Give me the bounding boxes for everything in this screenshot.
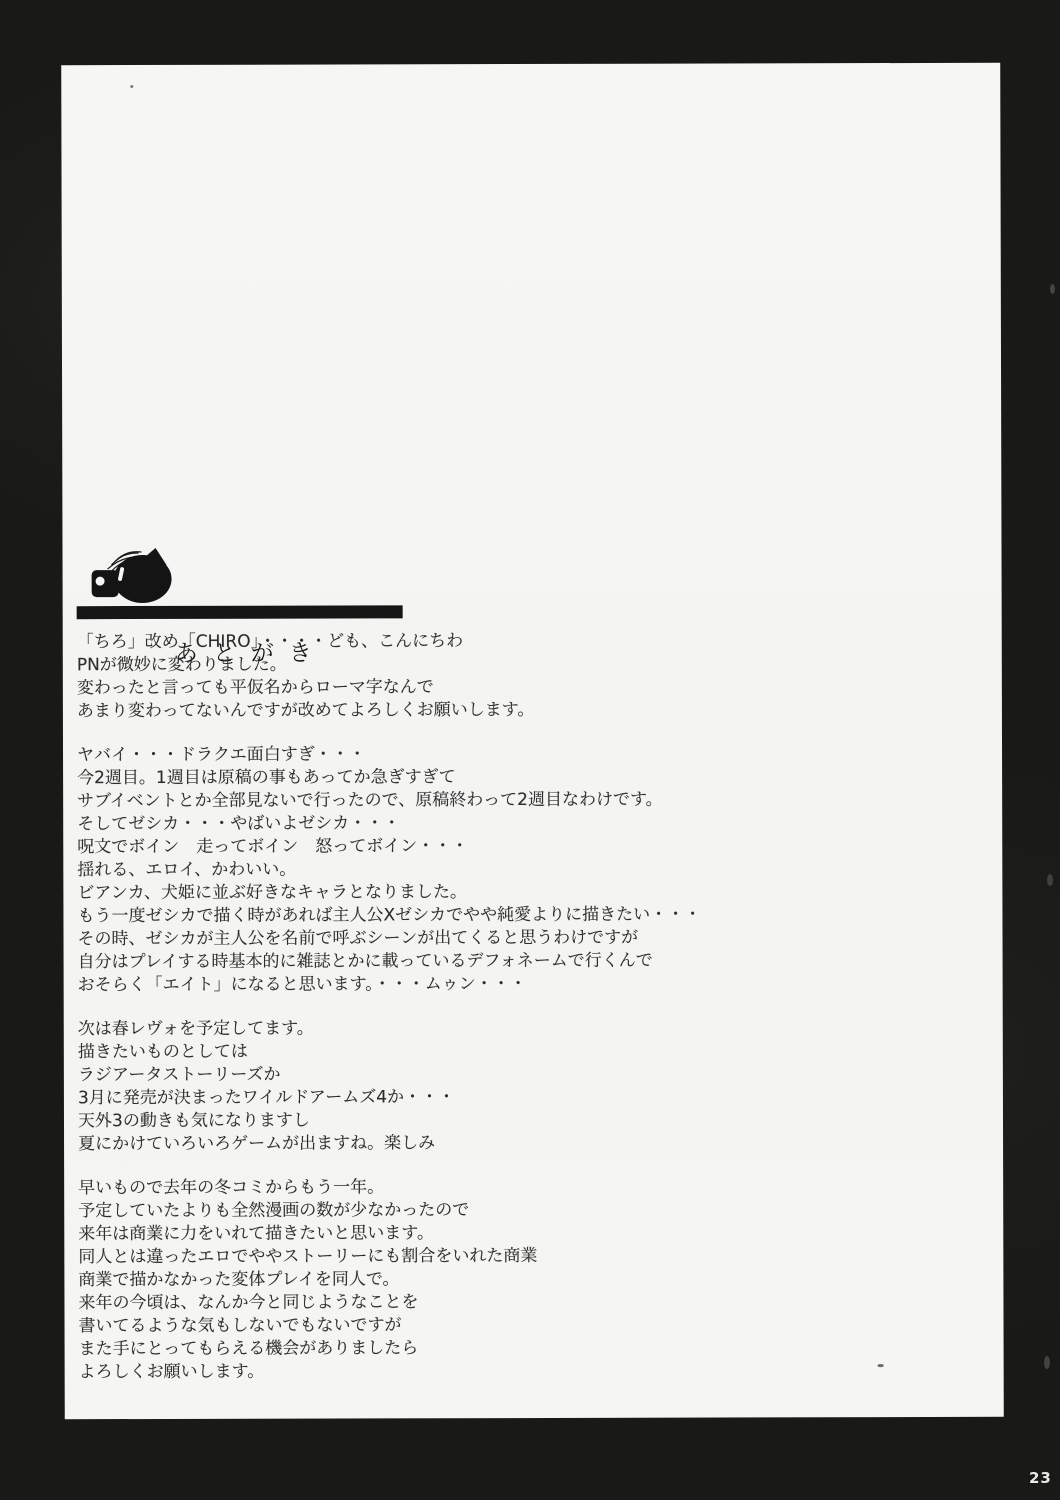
text-line: 変わったと言っても平仮名からローマ字なんで [77,675,837,700]
text-line: 天外3の動きも気になりますし [78,1108,838,1133]
text-line: 3月に発売が決まったワイルドアームズ4か・・・ [78,1085,838,1110]
text-line: 次は春レヴォを予定してます。 [78,1016,838,1041]
paragraph: 次は春レヴォを予定してます。描きたいものとしてはラジアータストーリーズか3月に発… [78,1016,838,1156]
text-line: そしてゼシカ・・・やばいよゼシカ・・・ [77,811,837,836]
text-line: 描きたいものとしては [78,1039,838,1064]
text-line: 「ちろ」改め「CHIRO」・・・・ども、こんにちわ [77,629,837,654]
text-line: 自分はプレイする時基本的に雑誌とかに載っているデフォネームで行くんで [78,949,838,974]
text-line: ヤバイ・・・ドラクエ面白すぎ・・・ [77,742,837,767]
scan-artifact [1050,284,1055,294]
text-line: PNが微妙に変わりました。 [77,652,837,677]
text-line: また手にとってもらえる機会がありましたら [79,1336,839,1361]
paragraph: ヤバイ・・・ドラクエ面白すぎ・・・今2週目。1週目は原稿の事もあってか急ぎすぎて… [77,742,838,997]
text-line: 書いてるような気もしないでもないですが [79,1313,839,1338]
text-line: 早いもので去年の冬コミからもう一年。 [78,1175,838,1200]
text-line: 商業で描かなかった変体プレイを同人で。 [78,1267,838,1292]
text-line: 夏にかけていろいろゲームが出ますね。楽しみ [78,1131,838,1156]
cat-doodle-icon [91,548,173,604]
text-line: 予定していたよりも全然漫画の数が少なかったので [78,1198,838,1223]
paragraph: 「ちろ」改め「CHIRO」・・・・ども、こんにちわPNが微妙に変わりました。変わ… [77,629,837,723]
text-line: 呪文でボイン 走ってボイン 怒ってボイン・・・ [77,834,837,859]
text-line: よろしくお願いします。 [79,1359,839,1384]
text-line: 今2週目。1週目は原稿の事もあってか急ぎすぎて [77,765,837,790]
text-line: 同人とは違ったエロでややストーリーにも割合をいれた商業 [78,1244,838,1269]
scan-page: あとがき 「ちろ」改め「CHIRO」・・・・ども、こんにちわPNが微妙に変わりま… [61,63,1004,1419]
text-line: おそらく「エイト」になると思います。・・・ムゥン・・・ [78,972,838,997]
text-line: 来年は商業に力をいれて描きたいと思います。 [78,1221,838,1246]
text-line: 来年の今頃は、なんか今と同じようなことを [78,1290,838,1315]
page-number: 23 [1029,1469,1052,1487]
text-line: その時、ゼシカが主人公を名前で呼ぶシーンが出てくると思うわけですが [77,926,837,951]
afterword-paragraphs: 「ちろ」改め「CHIRO」・・・・ども、こんにちわPNが微妙に変わりました。変わ… [77,629,839,1405]
scan-dust-speck [130,85,133,88]
paragraph: 早いもので去年の冬コミからもう一年。予定していたよりも全然漫画の数が少なかったの… [78,1175,839,1384]
text-line: もう一度ゼシカで描く時があれば主人公Xゼシカでやや純愛よりに描きたい・・・ [77,903,837,928]
scan-dust-speck [878,1364,884,1367]
text-line: 揺れる、エロイ、かわいい。 [77,857,837,882]
scan-artifact [1044,1356,1050,1369]
title-underline-bar [77,605,403,619]
text-line: ラジアータストーリーズか [78,1062,838,1087]
text-line: サブイベントとか全部見ないで行ったので、原稿終わって2週目なわけです。 [77,788,837,813]
text-line: ビアンカ、犬姫に並ぶ好きなキャラとなりました。 [77,880,837,905]
scan-artifact [1047,874,1053,886]
text-line: あまり変わってないんですが改めてよろしくお願いします。 [77,698,837,723]
